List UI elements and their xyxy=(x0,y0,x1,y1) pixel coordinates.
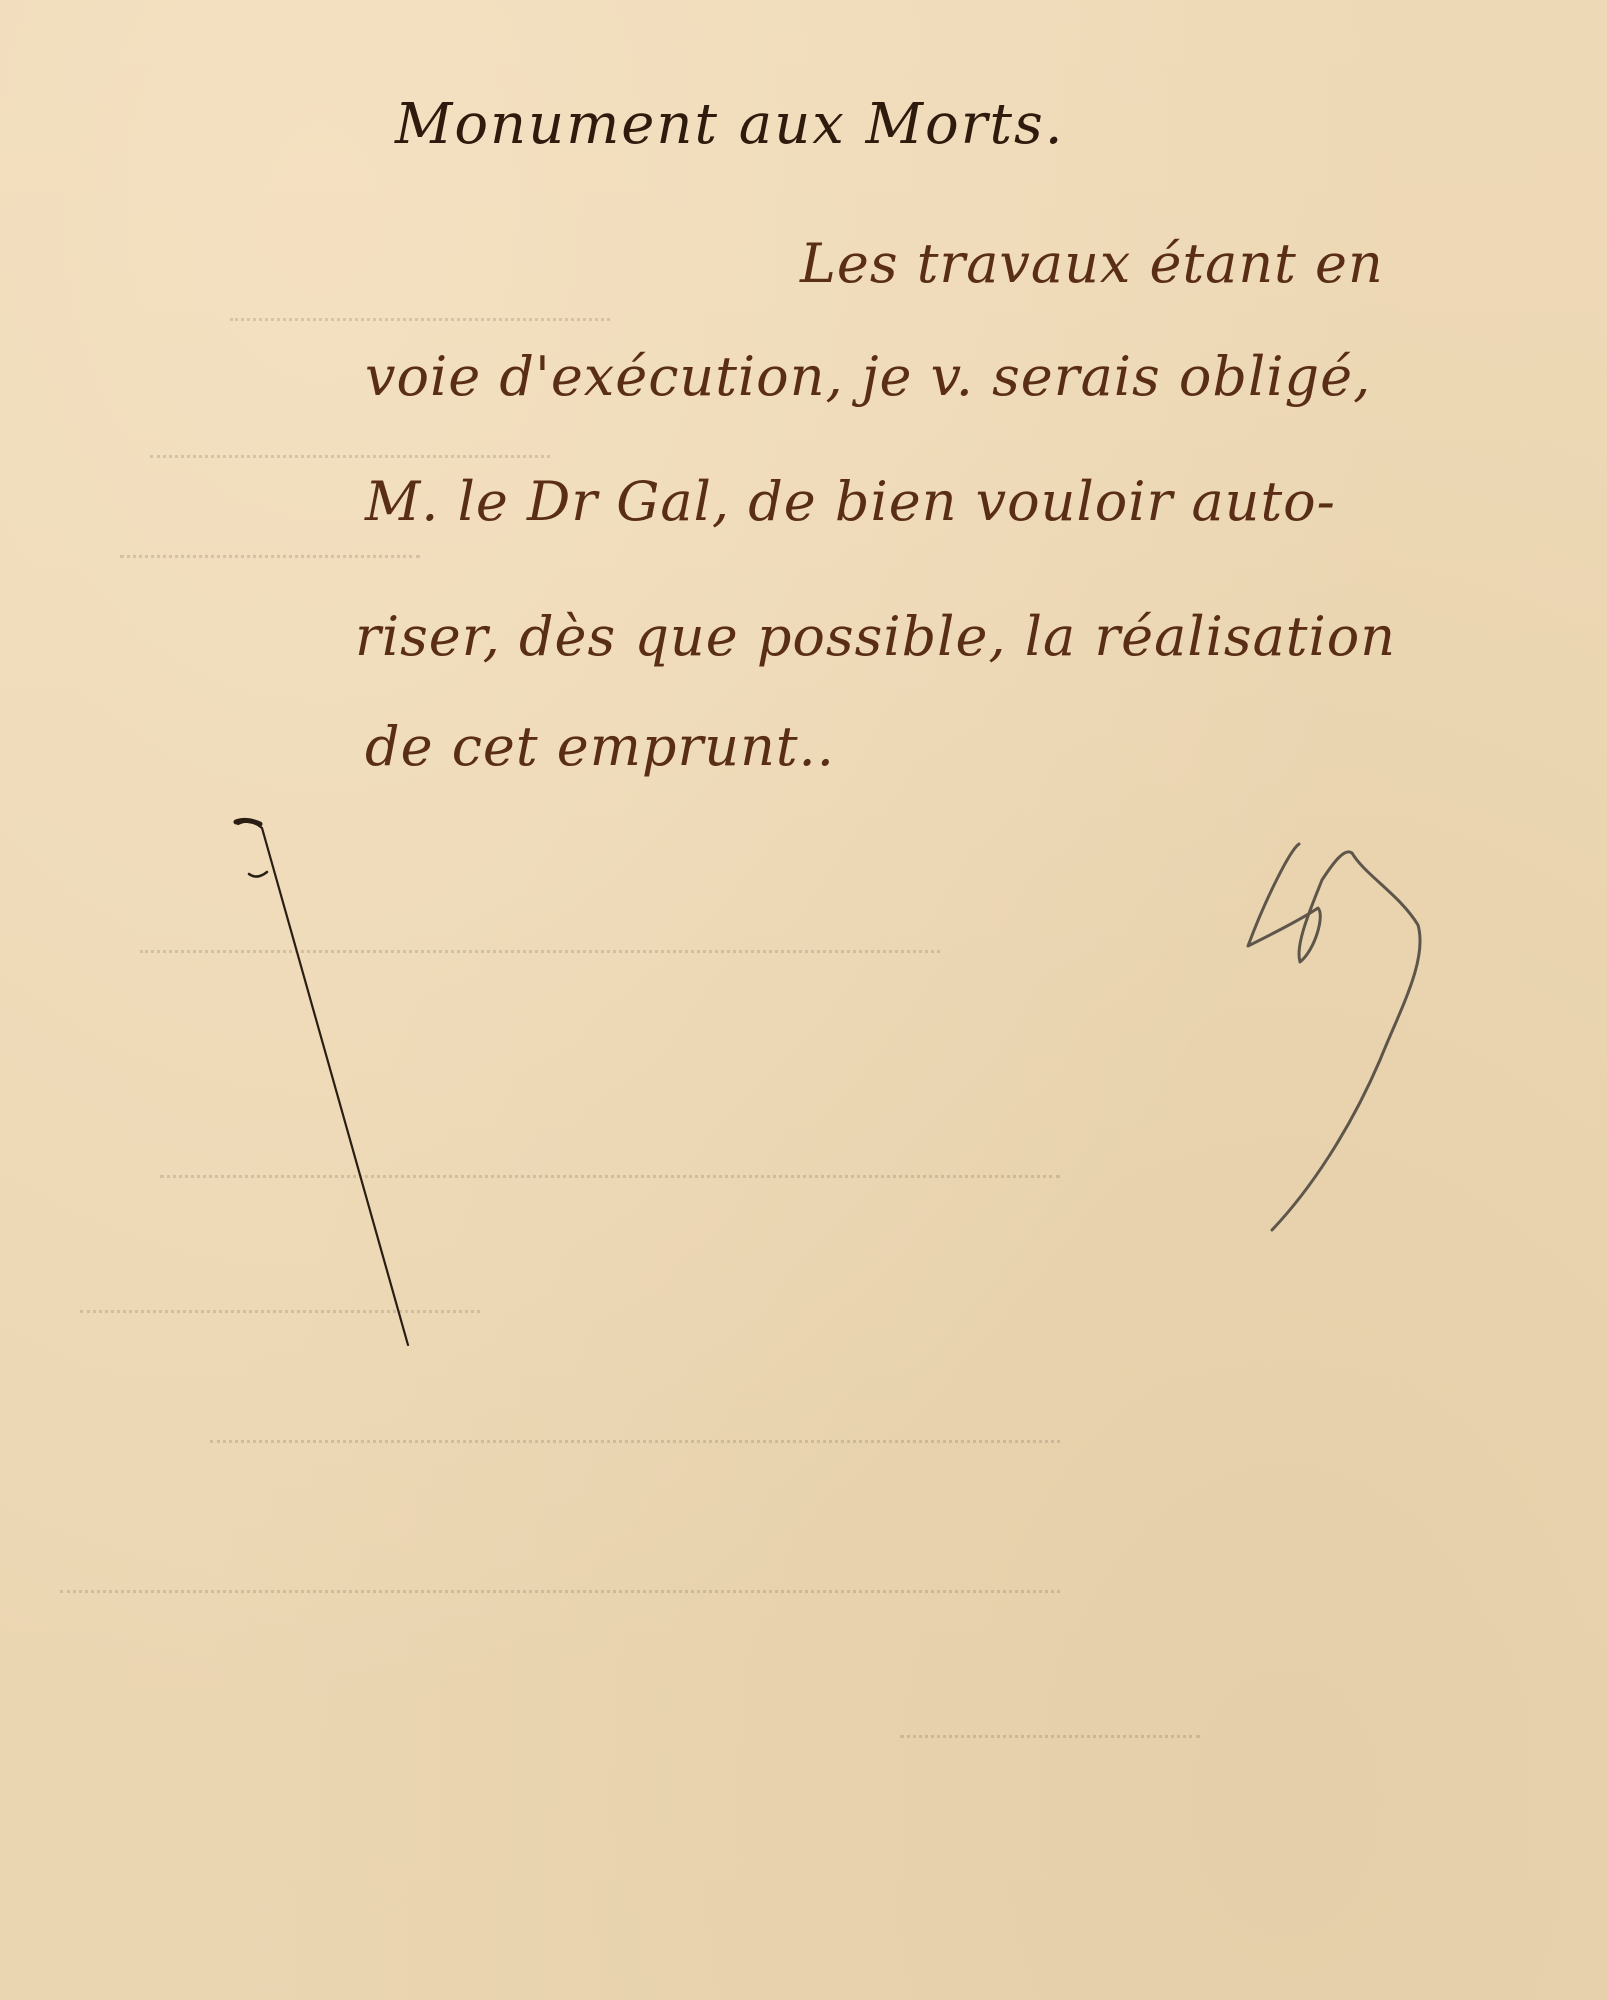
paraph-initials-mark xyxy=(0,0,1607,2000)
